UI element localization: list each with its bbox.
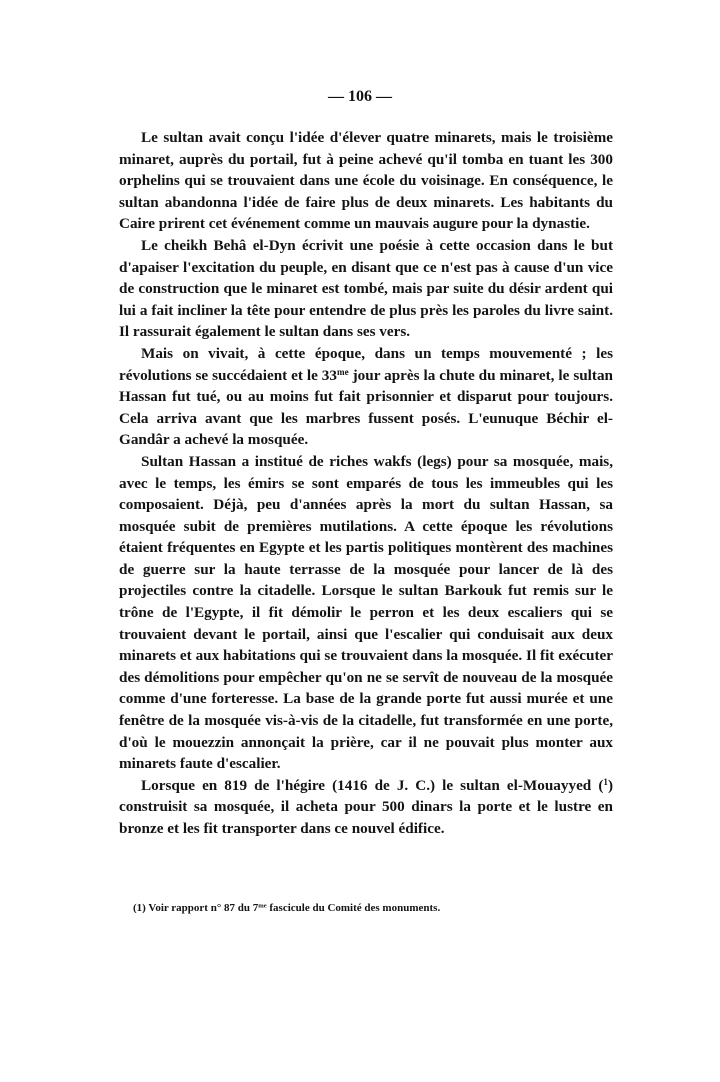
- paragraph-2: Le cheikh Behâ el-Dyn écrivit une poésie…: [119, 235, 613, 343]
- footnote-marker: (1): [133, 902, 146, 914]
- document-page: — 106 — Le sultan avait conçu l'idée d'é…: [0, 0, 720, 1082]
- paragraph-3: Mais on vivait, à cette époque, dans un …: [119, 343, 613, 451]
- paragraph-5-text-a: Lorsque en 819 de l'hégire (1416 de J. C…: [141, 777, 603, 794]
- page-number: — 106 —: [0, 88, 720, 106]
- footnote-text-b: fascicule du Comité des monuments.: [267, 902, 441, 914]
- paragraph-1: Le sultan avait conçu l'idée d'élever qu…: [119, 127, 613, 235]
- footnote: (1) Voir rapport n° 87 du 7me fascicule …: [133, 901, 613, 915]
- ordinal-superscript: me: [337, 367, 349, 377]
- body-text: Le sultan avait conçu l'idée d'élever qu…: [119, 127, 613, 840]
- footnote-text-a: Voir rapport n° 87 du 7: [146, 902, 258, 914]
- paragraph-5: Lorsque en 819 de l'hégire (1416 de J. C…: [119, 775, 613, 840]
- paragraph-4: Sultan Hassan a institué de riches wakfs…: [119, 451, 613, 775]
- footnote-ordinal-superscript: me: [258, 902, 266, 909]
